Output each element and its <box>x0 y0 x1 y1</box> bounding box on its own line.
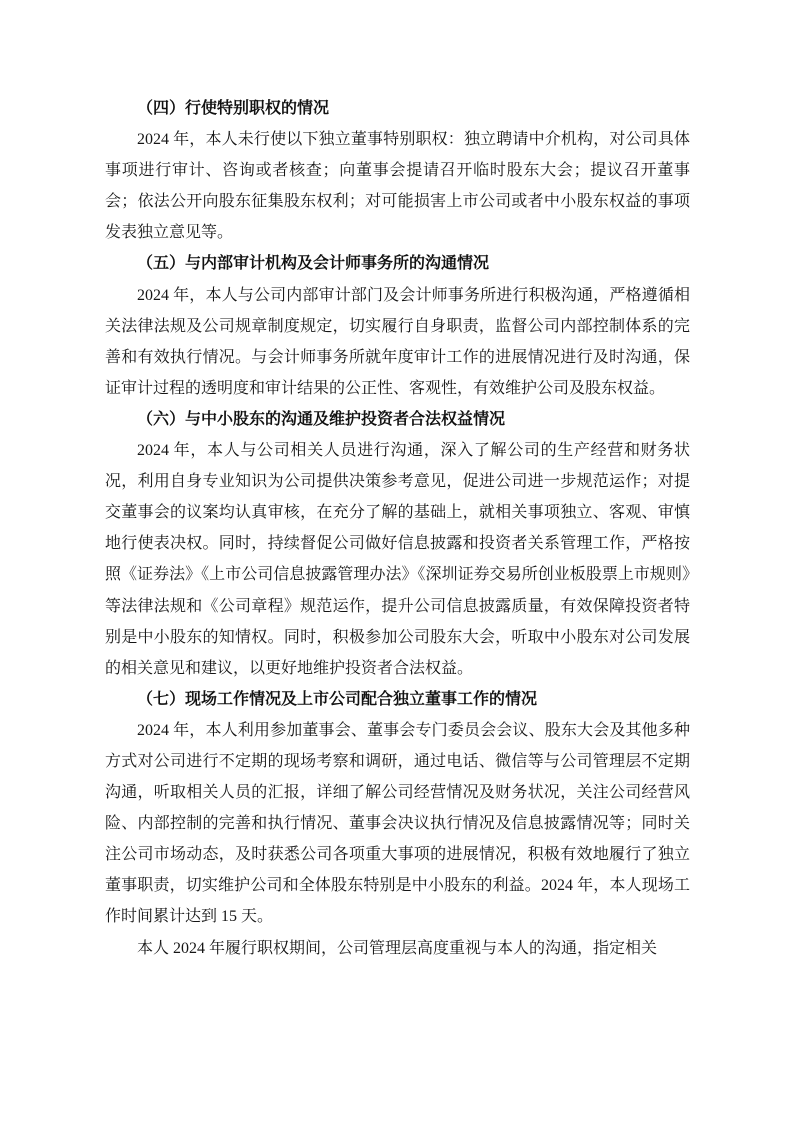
section-heading-special-powers: （四）行使特别职权的情况 <box>105 93 690 124</box>
section-heading-audit-communication: （五）与内部审计机构及会计师事务所的沟通情况 <box>105 248 690 279</box>
section-paragraph-onsite-work-continued: 本人 2024 年履行职权期间，公司管理层高度重视与本人的沟通，指定相关 <box>105 933 690 964</box>
document-content: （四）行使特别职权的情况 2024 年，本人未行使以下独立董事特别职权：独立聘请… <box>105 93 690 964</box>
section-paragraph-special-powers: 2024 年，本人未行使以下独立董事特别职权：独立聘请中介机构，对公司具体事项进… <box>105 124 690 248</box>
section-paragraph-audit-communication: 2024 年，本人与公司内部审计部门及会计师事务所进行积极沟通，严格遵循相关法律… <box>105 280 690 404</box>
section-heading-onsite-work: （七）现场工作情况及上市公司配合独立董事工作的情况 <box>105 684 690 715</box>
section-heading-minority-shareholders: （六）与中小股东的沟通及维护投资者合法权益情况 <box>105 404 690 435</box>
section-paragraph-minority-shareholders: 2024 年，本人与公司相关人员进行沟通，深入了解公司的生产经营和财务状况，利用… <box>105 435 690 684</box>
section-paragraph-onsite-work: 2024 年，本人利用参加董事会、董事会专门委员会会议、股东大会及其他多种方式对… <box>105 715 690 933</box>
document-page: （四）行使特别职权的情况 2024 年，本人未行使以下独立董事特别职权：独立聘请… <box>0 0 794 1122</box>
